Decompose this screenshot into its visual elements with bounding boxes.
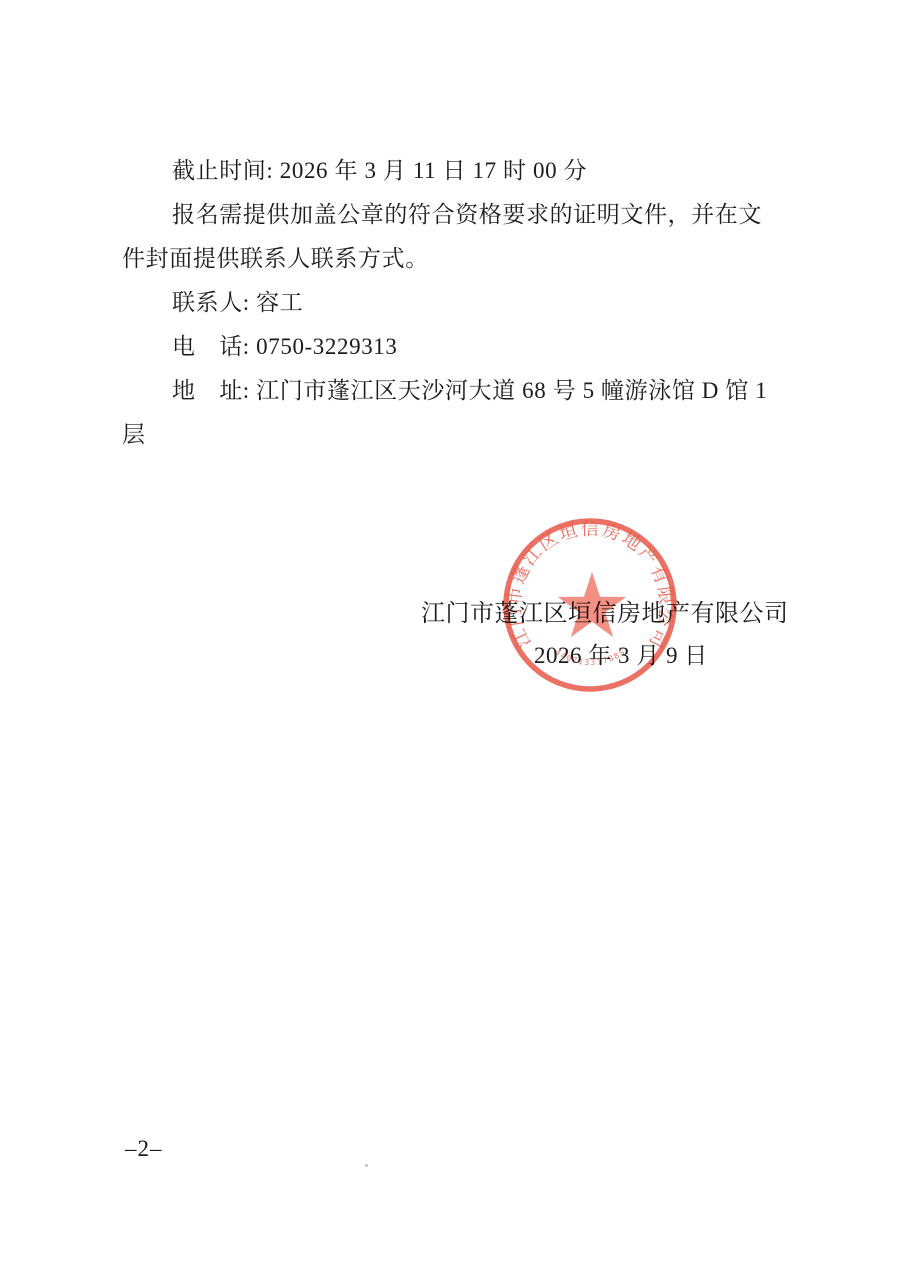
address-line-2: 层 [122, 413, 792, 457]
address-line: 地 址: 江门市蓬江区天沙河大道 68 号 5 幢游泳馆 D 馆 1 [122, 369, 792, 413]
svg-text:440713317085: 440713317085 [553, 647, 627, 667]
phone-line: 电 话: 0750-3229313 [122, 325, 792, 369]
scan-speck [365, 1164, 368, 1167]
deadline-line: 截止时间: 2026 年 3 月 11 日 17 时 00 分 [122, 149, 792, 193]
company-seal-stamp-icon: 江门市蓬江区垣信房地产有限公司 440713317085 [490, 505, 690, 705]
registration-line-2: 件封面提供联系人联系方式。 [122, 237, 792, 281]
body-text-block: 截止时间: 2026 年 3 月 11 日 17 时 00 分 报名需提供加盖公… [122, 149, 792, 457]
contact-person-line: 联系人: 容工 [122, 281, 792, 325]
stamp-serial-number: 440713317085 [553, 647, 627, 667]
document-page: 截止时间: 2026 年 3 月 11 日 17 时 00 分 报名需提供加盖公… [0, 0, 900, 1272]
registration-line: 报名需提供加盖公章的符合资格要求的证明文件，并在文 [122, 193, 792, 237]
stamp-star-icon [558, 572, 626, 637]
page-number: –2– [125, 1136, 163, 1162]
